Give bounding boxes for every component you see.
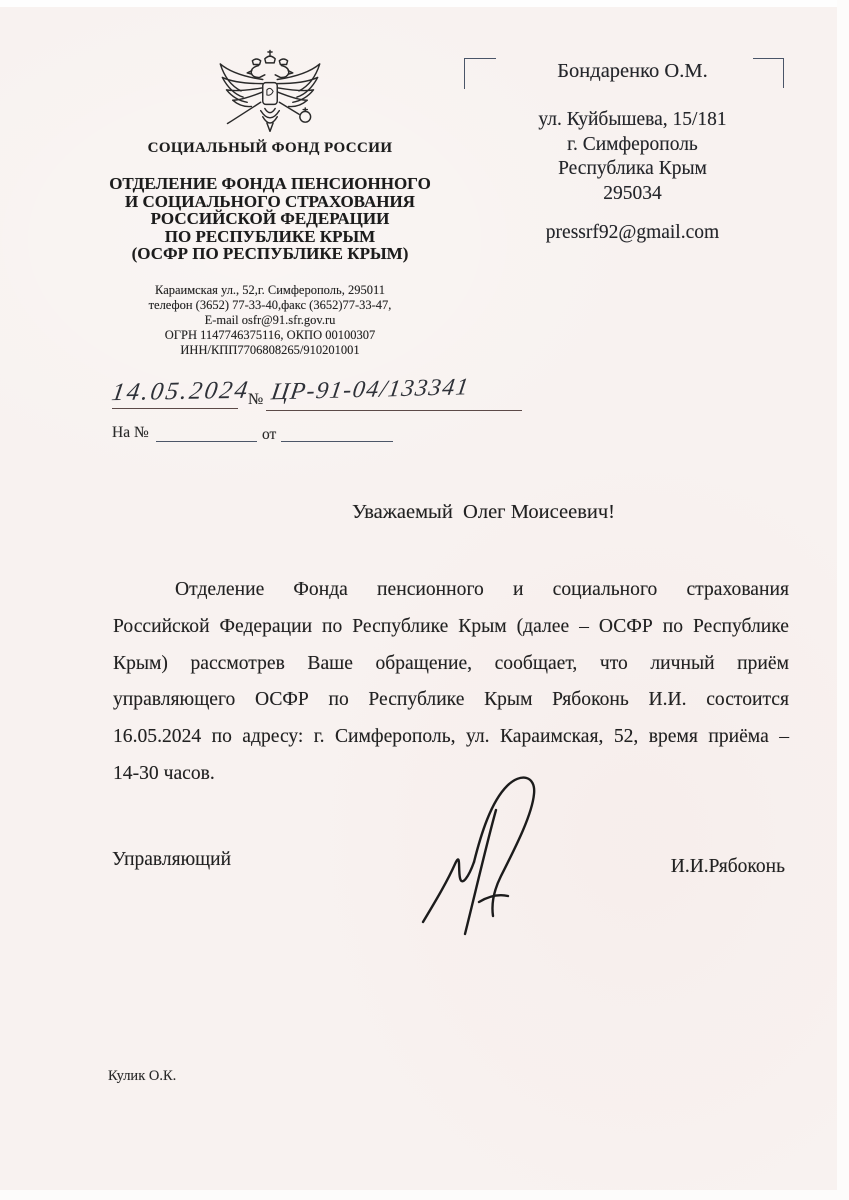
- scanned-letter-page: СОЦИАЛЬНЫЙ ФОНД РОССИИ ОТДЕЛЕНИЕ ФОНДА П…: [0, 0, 849, 1200]
- body-line: Крым) рассмотрев Ваше обращение, сообщае…: [113, 646, 789, 683]
- salutation: Уважаемый Олег Моисеевич!: [352, 501, 682, 524]
- contact-line: Караимская ул., 52,г. Симферополь, 29501…: [85, 283, 455, 298]
- handwritten-signature: [395, 770, 605, 940]
- contact-line: ИНН/КПП7706808265/910201001: [85, 343, 455, 358]
- division-line: РОССИЙСКОЙ ФЕДЕРАЦИИ: [64, 210, 476, 228]
- date-underline: [112, 408, 238, 409]
- scan-edge-right: [837, 0, 849, 1200]
- letter-body: Отделение Фонда пенсионного и социальног…: [113, 572, 789, 793]
- scan-edge-top: [0, 0, 849, 7]
- signer-name: И.И.Рябоконь: [630, 856, 785, 878]
- contact-line: ОГРН 1147746375116, ОКПО 00100307: [85, 328, 455, 343]
- division-line: И СОЦИАЛЬНОГО СТРАХОВАНИЯ: [64, 193, 476, 211]
- division-line: ОТДЕЛЕНИЕ ФОНДА ПЕНСИОННОГО: [64, 175, 476, 193]
- contact-block: Караимская ул., 52,г. Симферополь, 29501…: [85, 283, 455, 358]
- number-underline: [266, 410, 522, 411]
- division-name: ОТДЕЛЕНИЕ ФОНДА ПЕНСИОННОГО И СОЦИАЛЬНОГ…: [64, 175, 476, 263]
- body-line: Отделение Фонда пенсионного и социальног…: [113, 572, 789, 609]
- reply-number-underline: [156, 441, 257, 442]
- reply-from-underline: [281, 441, 393, 442]
- executor-name: Кулик О.К.: [108, 1068, 176, 1085]
- reply-from-label: от: [262, 426, 276, 444]
- address-line: г. Симферополь: [490, 133, 775, 158]
- signer-position-title: Управляющий: [112, 849, 231, 871]
- recipient-address: ул. Куйбышева, 15/181 г. Симферополь Рес…: [490, 108, 775, 206]
- body-line: управляющего ОСФР по Республике Крым Ряб…: [113, 682, 789, 719]
- reply-to-number-label: На №: [112, 424, 149, 442]
- coat-of-arms-icon: [213, 48, 327, 140]
- number-sign-label: №: [248, 391, 263, 409]
- address-line: ул. Куйбышева, 15/181: [490, 108, 775, 133]
- division-line: ПО РЕСПУБЛИКЕ КРЫМ: [64, 228, 476, 246]
- scan-edge-bottom: [0, 1190, 849, 1200]
- body-line: 16.05.2024 по адресу: г. Симферополь, ул…: [113, 719, 789, 756]
- contact-line: E-mail osfr@91.sfr.gov.ru: [85, 313, 455, 328]
- recipient-name: Бондаренко О.М.: [490, 60, 775, 83]
- handwritten-outgoing-number: ЦР-91-04/133341: [269, 373, 534, 407]
- address-line: Республика Крым: [490, 157, 775, 182]
- org-name: СОЦИАЛЬНЫЙ ФОНД РОССИИ: [85, 140, 455, 157]
- address-line: 295034: [490, 182, 775, 207]
- division-line: (ОСФР ПО РЕСПУБЛИКЕ КРЫМ): [64, 245, 476, 263]
- handwritten-date: 14.05.2024: [110, 377, 245, 407]
- recipient-email: pressrf92@gmail.com: [490, 222, 775, 244]
- body-line: Российской Федерации по Республике Крым …: [113, 609, 789, 646]
- contact-line: телефон (3652) 77-33-40,факс (3652)77-33…: [85, 298, 455, 313]
